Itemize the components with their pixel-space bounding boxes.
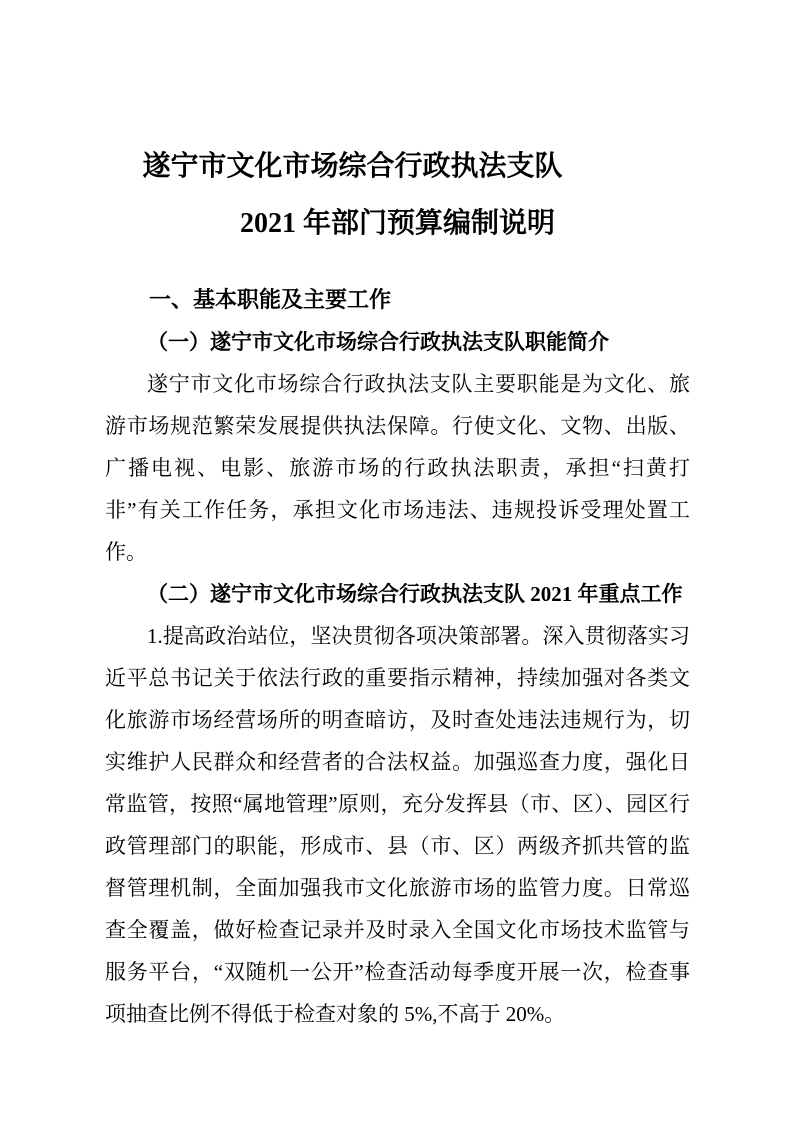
document-title-line2: 2021 年部门预算编制说明 [105,195,690,252]
paragraph-2021-key-work: 1.提高政治站位，坚决贯彻各项决策部署。深入贯彻落实习近平总书记关于依法行政的重… [105,615,690,1035]
subsection-heading-2021-key-work: （二）遂宁市文化市场综合行政执法支队 2021 年重点工作 [105,573,690,615]
subsection-heading-functions-intro: （一）遂宁市文化市场综合行政执法支队职能简介 [105,321,690,363]
section-heading-basic-functions: 一、基本职能及主要工作 [105,279,690,321]
document-title-line1: 遂宁市文化市场综合行政执法支队 [105,138,600,195]
paragraph-functions-intro: 遂宁市文化市场综合行政执法支队主要职能是为文化、旅游市场规范繁荣发展提供执法保障… [105,363,690,573]
document-page: 遂宁市文化市场综合行政执法支队 2021 年部门预算编制说明 一、基本职能及主要… [0,0,793,1122]
document-title: 遂宁市文化市场综合行政执法支队 2021 年部门预算编制说明 [105,138,690,252]
